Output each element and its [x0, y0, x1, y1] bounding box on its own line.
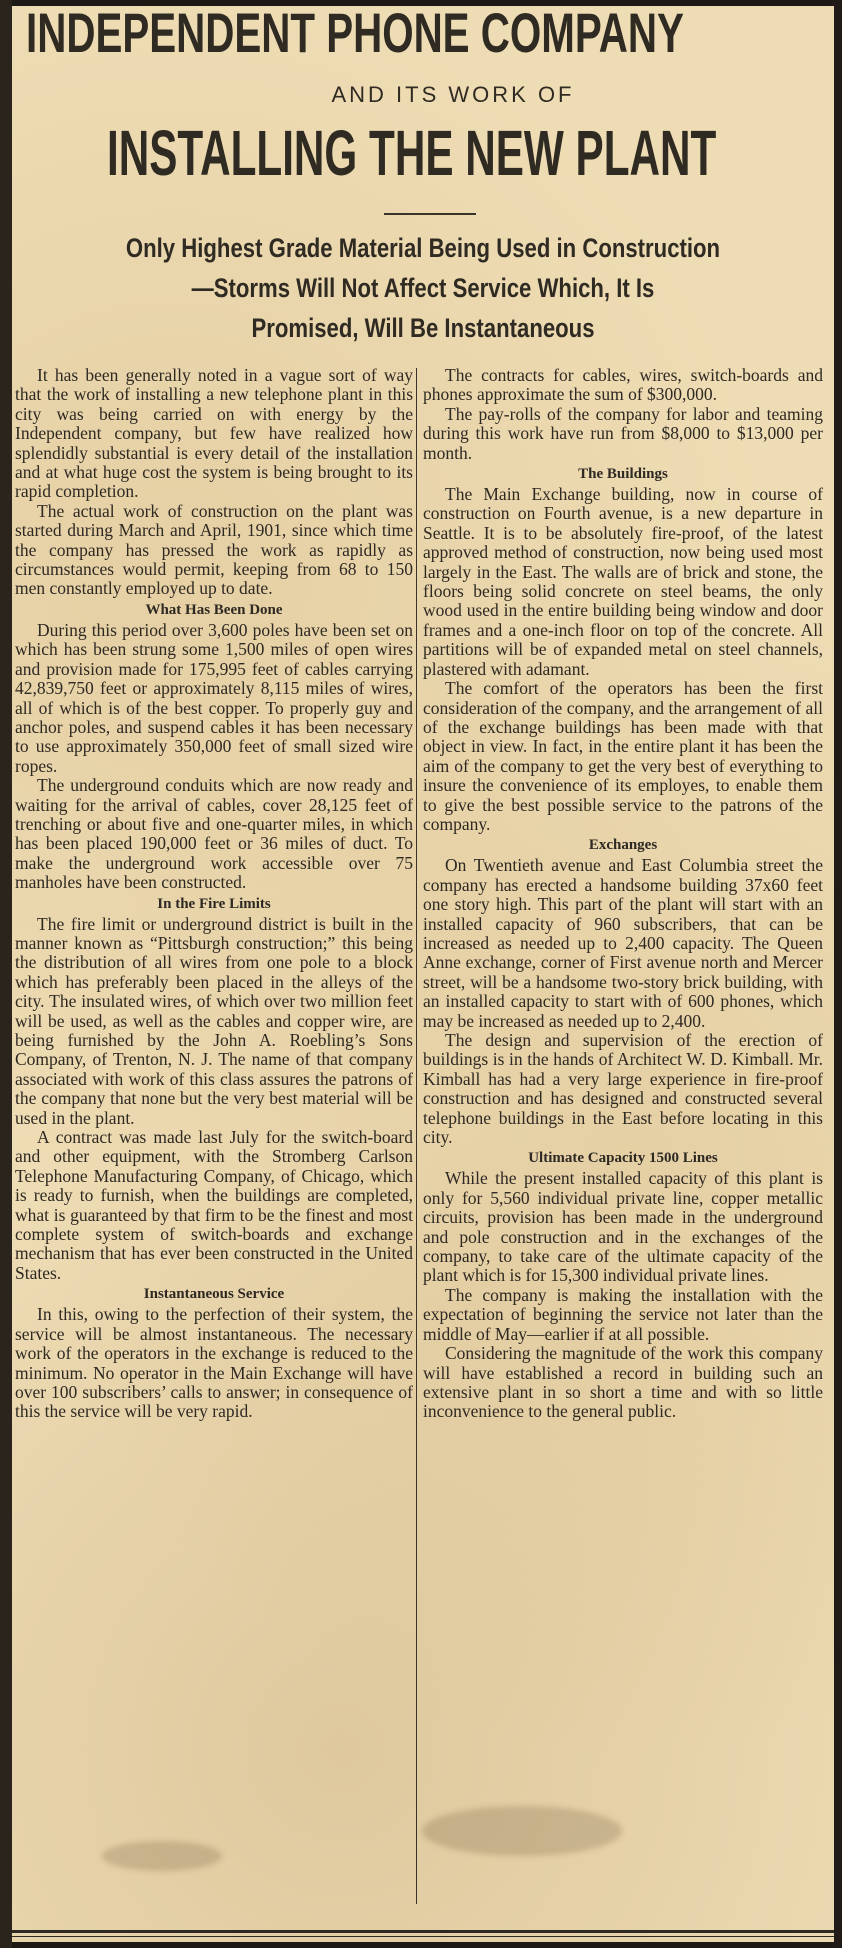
- paragraph: During this period over 3,600 poles have…: [15, 621, 413, 776]
- paragraph: The fire limit or underground district i…: [15, 915, 413, 1128]
- section-heading-fire-limits: In the Fire Limits: [15, 895, 413, 914]
- paragraph: On Twentieth avenue and East Columbia st…: [423, 856, 823, 1031]
- newspaper-clipping: INDEPENDENT PHONE COMPANY AND ITS WORK O…: [12, 6, 834, 1942]
- subheadline-deck: Only Highest Grade Material Being Used i…: [12, 228, 834, 348]
- paragraph: While the present installed capacity of …: [423, 1169, 823, 1285]
- bottom-rule-thin: [12, 1936, 834, 1937]
- article-column-left: It has been generally noted in a vague s…: [15, 366, 413, 1422]
- deck-line-3: Promised, Will Be Instantaneous: [86, 308, 760, 348]
- paragraph: A contract was made last July for the sw…: [15, 1128, 413, 1283]
- paragraph: Considering the magnitude of the work th…: [423, 1344, 823, 1422]
- deck-line-2: —Storms Will Not Affect Service Which, I…: [86, 268, 760, 308]
- headline-connector: AND ITS WORK OF: [12, 82, 834, 108]
- paragraph: The underground conduits which are now r…: [15, 776, 413, 892]
- section-heading-exchanges: Exchanges: [423, 836, 823, 855]
- paragraph: The Main Exchange building, now in cours…: [423, 485, 823, 679]
- section-heading-instantaneous-service: Instantaneous Service: [15, 1285, 413, 1304]
- article-column-right: The contracts for cables, wires, switch-…: [423, 366, 823, 1422]
- paragraph: The design and supervision of the erecti…: [423, 1031, 823, 1147]
- paragraph: The comfort of the operators has been th…: [423, 679, 823, 834]
- column-divider: [416, 368, 417, 1904]
- paragraph: The actual work of construction on the p…: [15, 502, 413, 599]
- deck-line-1: Only Highest Grade Material Being Used i…: [86, 228, 760, 268]
- paragraph: The pay-rolls of the company for labor a…: [423, 405, 823, 463]
- paragraph: In this, owing to the perfection of thei…: [15, 1305, 413, 1421]
- paper-stain: [102, 1841, 222, 1871]
- bottom-rule: [12, 1930, 834, 1933]
- paragraph: The company is making the installation w…: [423, 1286, 823, 1344]
- paragraph: It has been generally noted in a vague s…: [15, 366, 413, 502]
- headline-divider: [384, 213, 476, 215]
- scan-left-edge: [0, 0, 12, 1948]
- paper-stain: [422, 1806, 622, 1856]
- section-heading-ultimate-capacity: Ultimate Capacity 1500 Lines: [423, 1149, 823, 1168]
- paragraph: The contracts for cables, wires, switch-…: [423, 366, 823, 405]
- headline-top: INDEPENDENT PHONE COMPANY: [26, 0, 825, 65]
- section-heading-buildings: The Buildings: [423, 465, 823, 484]
- section-heading-what-has-been-done: What Has Been Done: [15, 601, 413, 620]
- headline-main: INSTALLING THE NEW PLANT: [107, 116, 716, 190]
